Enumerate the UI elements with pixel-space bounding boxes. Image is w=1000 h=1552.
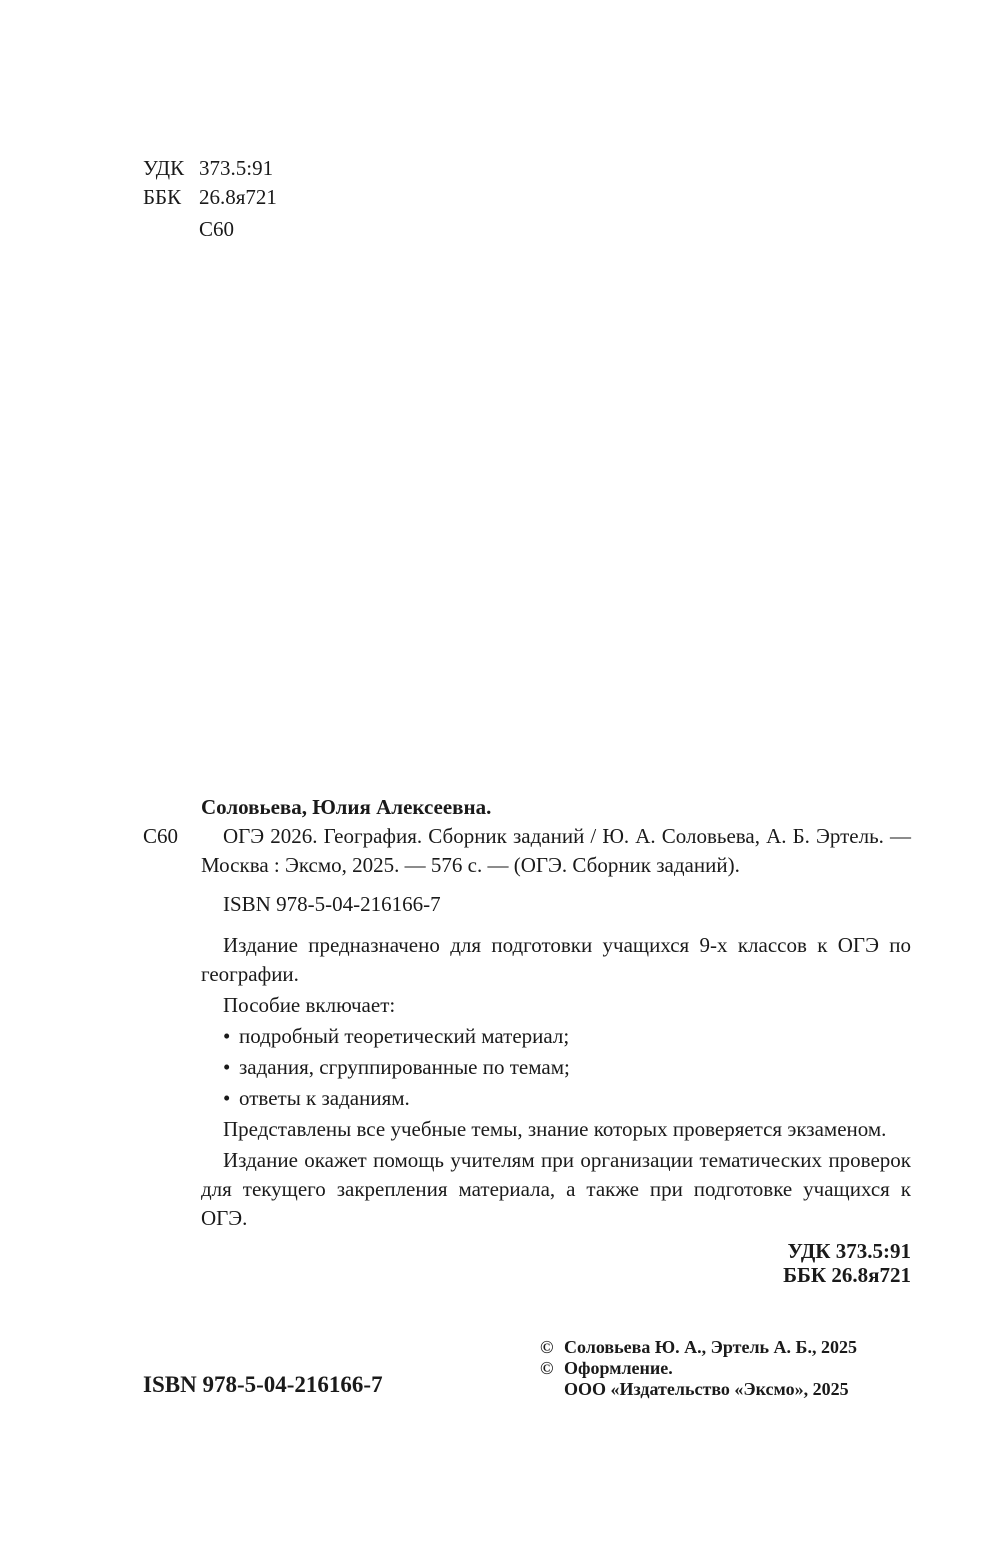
copyright-block: ©Соловьева Ю. А., Эртель А. Б., 2025 ©Оф… — [540, 1337, 857, 1400]
bullet-text: подробный теоретический материал; — [239, 1024, 569, 1048]
right-udk: УДК 373.5:91 — [201, 1239, 911, 1263]
bullet-text: ответы к заданиям. — [239, 1086, 410, 1110]
annotation-intro: Издание предназначено для подготовки уча… — [201, 931, 911, 989]
bullet-item: •задания, сгруппированные по темам; — [223, 1053, 911, 1082]
bibliographic-record: Соловьева, Юлия Алексеевна. С60 ОГЭ 2026… — [143, 793, 911, 1287]
bullet-item: •ответы к заданиям. — [223, 1084, 911, 1113]
bullet-icon: • — [223, 1053, 239, 1082]
author-heading: Соловьева, Юлия Алексеевна. — [201, 793, 911, 822]
annotation-topics: Представлены все учебные темы, знание ко… — [201, 1115, 911, 1144]
copyright-design-row: ©Оформление. — [540, 1358, 857, 1379]
right-classification: УДК 373.5:91 ББК 26.8я721 — [201, 1239, 911, 1287]
udk-label: УДК — [143, 154, 199, 183]
copyright-authors-row: ©Соловьева Ю. А., Эртель А. Б., 2025 — [540, 1337, 857, 1358]
book-imprint-page: УДК373.5:91 ББК26.8я721 С60 Соловьева, Ю… — [0, 0, 1000, 1552]
annotation: Издание предназначено для подготовки уча… — [201, 931, 911, 1287]
record-isbn: ISBN 978-5-04-216166-7 — [223, 890, 911, 919]
bbk-row: ББК26.8я721 — [143, 183, 277, 212]
record-author-sign: С60 — [143, 822, 178, 851]
copyright-design: Оформление. — [564, 1358, 673, 1378]
bullet-icon: • — [223, 1022, 239, 1051]
bbk-label: ББК — [143, 183, 199, 212]
copyright-publisher: ООО «Издательство «Эксмо», 2025 — [540, 1379, 857, 1400]
right-bbk: ББК 26.8я721 — [201, 1263, 911, 1287]
title-statement: ОГЭ 2026. География. Сборник заданий / Ю… — [201, 824, 911, 877]
annotation-help: Издание окажет помощь учителям при орган… — [201, 1146, 911, 1233]
copyright-icon: © — [540, 1337, 564, 1358]
bullet-text: задания, сгруппированные по темам; — [239, 1055, 570, 1079]
footer-isbn: ISBN 978-5-04-216166-7 — [143, 1372, 383, 1398]
bullet-icon: • — [223, 1084, 239, 1113]
includes-heading: Пособие включает: — [201, 991, 911, 1020]
bbk-value: 26.8я721 — [199, 185, 277, 209]
copyright-authors: Соловьева Ю. А., Эртель А. Б., 2025 — [564, 1337, 857, 1357]
udk-value: 373.5:91 — [199, 156, 273, 180]
bullet-item: •подробный теоретический материал; — [223, 1022, 911, 1051]
title-statement-block: С60 ОГЭ 2026. География. Сборник заданий… — [201, 822, 911, 880]
copyright-icon: © — [540, 1358, 564, 1379]
udk-row: УДК373.5:91 — [143, 154, 277, 183]
top-classification-block: УДК373.5:91 ББК26.8я721 С60 — [143, 154, 277, 244]
author-sign: С60 — [143, 215, 277, 244]
